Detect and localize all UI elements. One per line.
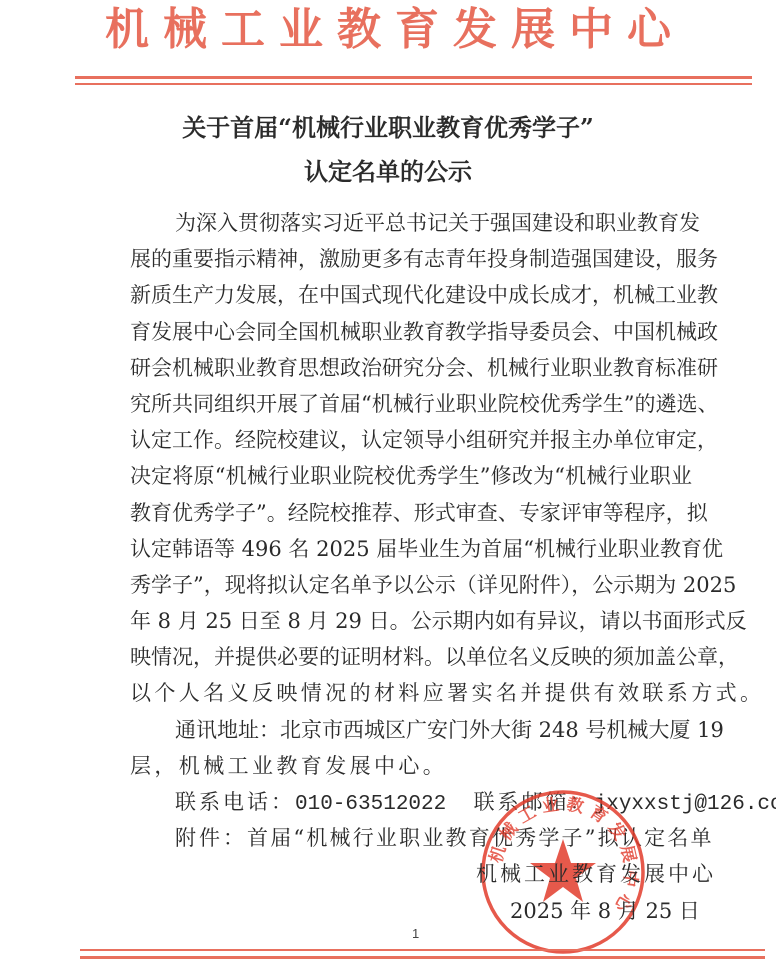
body-line: 育发展中心会同全国机械职业教育教学指导委员会、中国机械政 (130, 314, 692, 350)
footer-rule-thin (80, 949, 765, 951)
document-title-line1: 关于首届“机械行业职业教育优秀学子” (0, 113, 776, 143)
address-line: 层，机械工业教育发展中心。 (130, 748, 692, 784)
body-line: 决定将原“机械行业职业院校优秀学生”修改为“机械行业职业 (130, 458, 692, 494)
header-rule-thick (75, 76, 752, 79)
signature-date: 2025 年 8 月 25 日 (510, 893, 700, 929)
body-line: 映情况，并提供必要的证明材料。以单位名义反映的须加盖公章， (130, 639, 692, 675)
contact-line: 联系电话：010-63512022 联系邮箱：jxyxxstj@126.com (175, 784, 776, 823)
document-body: 为深入贯彻落实习近平总书记关于强国建设和职业教育发 展的重要指示精神，激励更多有… (130, 205, 692, 784)
signature-organization: 机械工业教育发展中心 (476, 856, 716, 892)
page-number: 1 (412, 926, 419, 941)
body-line: 认定工作。经院校建议，认定领导小组研究并报主办单位审定， (130, 422, 692, 458)
body-line: 以个人名义反映情况的材料应署实名并提供有效联系方式。 (130, 675, 692, 711)
body-line: 教育优秀学子”。经院校推荐、形式审查、专家评审等程序，拟 (130, 495, 692, 531)
body-line: 展的重要指示精神，激励更多有志青年投身制造强国建设，服务 (130, 241, 692, 277)
body-line: 为深入贯彻落实习近平总书记关于强国建设和职业教育发 (130, 205, 692, 241)
attachment-label: 附件： (175, 826, 247, 850)
phone-label: 联系电话： (175, 790, 295, 814)
footer-rule-thick (80, 956, 765, 959)
letterhead-organization-name: 机械工业教育发展中心 (0, 2, 776, 58)
body-line: 年 8 月 25 日至 8 月 29 日。公示期内如有异议，请以书面形式反 (130, 603, 692, 639)
body-line: 新质生产力发展，在中国式现代化建设中成长成才，机械工业教 (130, 277, 692, 313)
phone-number: 010-63512022 (295, 793, 446, 816)
address-line: 通讯地址：北京市西城区广安门外大街 248 号机械大厦 19 (130, 712, 692, 748)
document-title-line2: 认定名单的公示 (0, 157, 776, 187)
body-line: 究所共同组织开展了首届“机械行业职业院校优秀学生”的遴选、 (130, 386, 692, 422)
header-rule-thin (75, 83, 752, 85)
body-line: 研会机械职业教育思想政治研究分会、机械行业职业教育标准研 (130, 350, 692, 386)
body-line: 认定韩语等 496 名 2025 届毕业生为首届“机械行业职业教育优 (130, 531, 692, 567)
body-line: 秀学子”，现将拟认定名单予以公示（详见附件），公示期为 2025 (130, 567, 692, 603)
